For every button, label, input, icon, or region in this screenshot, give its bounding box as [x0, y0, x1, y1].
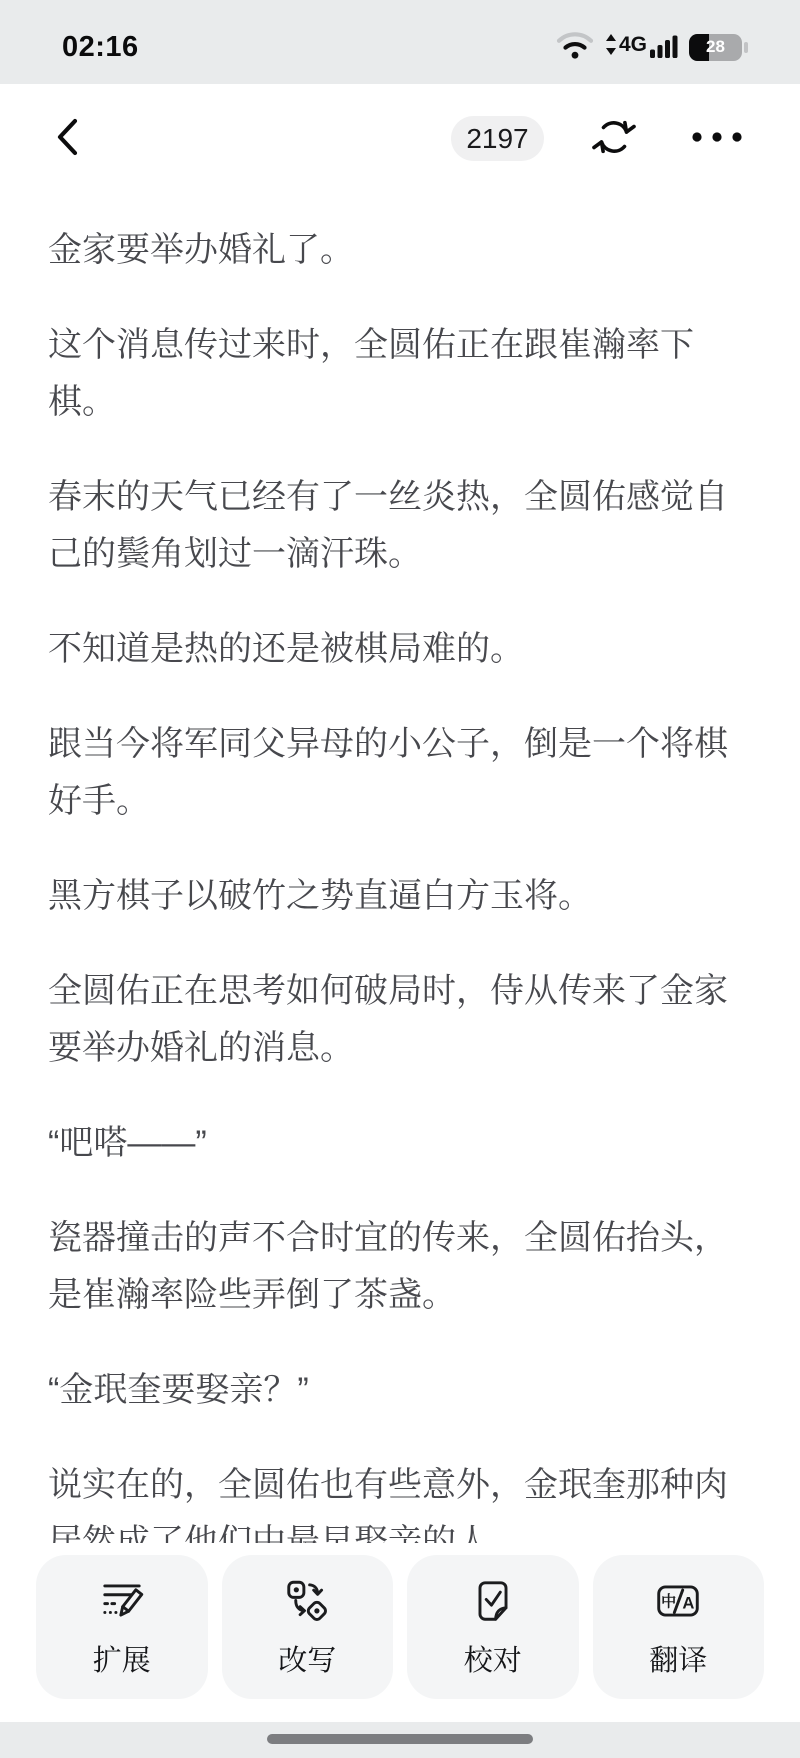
network-type-label: 4G [619, 34, 647, 55]
expand-label: 扩展 [93, 1638, 151, 1679]
paragraph: 金家要举办婚礼了。 [48, 222, 752, 279]
article-text-area[interactable]: 金家要举办婚礼了。这个消息传过来时，全圆佑正在跟崔瀚率下棋。春末的天气已经有了一… [48, 222, 752, 1543]
rewrite-swap-icon [282, 1576, 332, 1626]
paragraph: 跟当今将军同父异母的小公子，倒是一个将棋好手。 [48, 716, 752, 830]
ellipsis-icon [690, 131, 744, 146]
paragraph: 春末的天气已经有了一丝炎热，全圆佑感觉自己的鬓角划过一滴汗珠。 [48, 469, 752, 583]
translate-button[interactable]: 中 A 翻译 [593, 1555, 765, 1699]
word-count-badge[interactable]: 2197 [451, 116, 544, 161]
updown-arrows-icon [606, 34, 616, 61]
more-options-button[interactable] [686, 116, 748, 161]
paragraph: 不知道是热的还是被棋局难的。 [48, 621, 752, 678]
status-bar: 02:16 4G [0, 0, 800, 84]
proofread-button[interactable]: 校对 [407, 1555, 579, 1699]
status-indicators: 4G 28 [555, 29, 742, 65]
cellular-group: 4G [606, 34, 647, 61]
wifi-icon [555, 29, 595, 65]
paragraph: “金珉奎要娶亲？” [48, 1362, 752, 1419]
chevron-left-icon [55, 116, 81, 161]
proofread-label: 校对 [464, 1638, 522, 1679]
back-button[interactable] [44, 110, 92, 166]
translate-zh-en-icon: 中 A [653, 1576, 703, 1626]
rewrite-label: 改写 [278, 1638, 336, 1679]
paragraph: 瓷器撞击的声不合时宜的传来，全圆佑抬头，是崔瀚率险些弄倒了茶盏。 [48, 1210, 752, 1324]
paragraph: 说实在的，全圆佑也有些意外，金珉奎那种肉居然成了他们中最早娶亲的人 [48, 1457, 752, 1543]
paragraph: 全圆佑正在思考如何破局时，侍从传来了金家要举办婚礼的消息。 [48, 963, 752, 1077]
refresh-button[interactable] [590, 116, 638, 161]
paragraph: 黑方棋子以破竹之势直逼白方玉将。 [48, 868, 752, 925]
translate-icon-zh-glyph: 中 [661, 1593, 676, 1610]
translate-label: 翻译 [649, 1638, 707, 1679]
battery-percent: 28 [689, 34, 742, 61]
ai-toolbar: 扩展 改写 [36, 1555, 764, 1699]
battery-icon: 28 [689, 34, 742, 61]
paragraph: 这个消息传过来时，全圆佑正在跟崔瀚率下棋。 [48, 317, 752, 431]
expand-button[interactable]: 扩展 [36, 1555, 208, 1699]
bottom-strip [0, 1722, 800, 1758]
paragraph: “吧嗒——” [48, 1115, 752, 1172]
clock: 02:16 [62, 31, 139, 64]
signal-bars-icon [650, 31, 678, 63]
proofread-check-page-icon [468, 1576, 518, 1626]
expand-pencil-icon [97, 1576, 147, 1626]
nav-bar: 2197 [0, 96, 800, 180]
app-screen: 02:16 4G [0, 0, 800, 1758]
battery-cap [744, 42, 748, 53]
translate-icon-en-glyph: A [683, 1593, 695, 1612]
home-indicator[interactable] [267, 1734, 533, 1744]
refresh-icon [592, 115, 636, 162]
word-count-value: 2197 [466, 123, 528, 155]
rewrite-button[interactable]: 改写 [222, 1555, 394, 1699]
